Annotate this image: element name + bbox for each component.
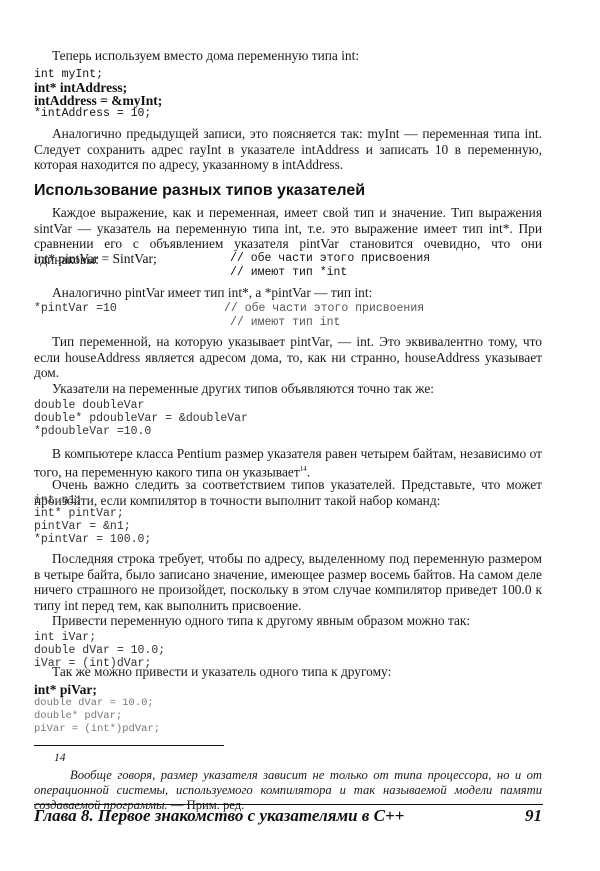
code-block-pointer-cast: int* piVar; double dVar = 10.0; double* …	[34, 682, 542, 736]
footnote-ref[interactable]: 14	[300, 465, 307, 473]
code-line: *pdoubleVar =10.0	[34, 425, 542, 438]
footnote-number: 14	[54, 752, 562, 764]
code-line: pintVar = &n1;	[34, 520, 542, 533]
paragraph: Аналогично pintVar имеет тип int*, а *pi…	[34, 285, 542, 301]
code-line: int* piVar;	[34, 682, 542, 697]
paragraph: Указатели на переменные других типов объ…	[34, 381, 542, 397]
footnote-separator	[34, 745, 224, 746]
paragraph-text: В компьютере класса Pentium размер указа…	[34, 446, 542, 479]
chapter-title: Глава 8. Первое знакомство с указателями…	[34, 806, 404, 826]
code-line: double* pdVar;	[34, 710, 542, 723]
code-block-double: double doubleVar double* pdoubleVar = &d…	[34, 399, 542, 438]
code-comment: // имеют тип *int	[230, 266, 347, 279]
footer-rule	[34, 804, 543, 805]
code-line: int n1;	[34, 494, 542, 507]
code-line: int iVar;	[34, 631, 542, 644]
paragraph: Привести переменную одного типа к другом…	[34, 613, 542, 629]
code-block-pintvar: int* pintVar = SintVar; // обе части это…	[34, 252, 542, 282]
code-line: int* pintVar = SintVar;	[34, 252, 157, 265]
code-line: double dVar = 10.0;	[34, 697, 542, 710]
code-line: int* pintVar;	[34, 507, 542, 520]
explain-paragraph: Аналогично предыдущей записи, это поясня…	[34, 126, 542, 173]
code-line: piVar = (int*)pdVar;	[34, 723, 542, 736]
code-comment: // обе части этого присвоения	[224, 302, 424, 315]
page-number: 91	[525, 806, 542, 826]
paragraph: Тип переменной, на которую указывает pin…	[34, 334, 542, 381]
paragraph-pentium: В компьютере класса Pentium размер указа…	[34, 446, 542, 479]
code-line: *intAddress = 10;	[34, 107, 542, 120]
code-line: double* pdoubleVar = &doubleVar	[34, 412, 542, 425]
code-comment: // имеют тип int	[230, 316, 340, 329]
code-line: *pintVar =10	[34, 302, 117, 315]
code-block-deref: *pintVar =10 // обе части этого присвоен…	[34, 302, 542, 332]
code-line: double dVar = 10.0;	[34, 644, 542, 657]
code-line: *pintVar = 100.0;	[34, 533, 542, 546]
code-block-myint: int myInt; int* intAddress; intAddress =…	[34, 68, 542, 120]
page-footer: Глава 8. Первое знакомство с указателями…	[34, 806, 542, 826]
code-block-n1: int n1; int* pintVar; pintVar = &n1; *pi…	[34, 494, 542, 546]
code-comment: // обе части этого присвоения	[230, 252, 430, 265]
paragraph: Последняя строка требует, чтобы по адрес…	[34, 551, 542, 613]
paragraph: Так же можно привести и указатель одного…	[34, 664, 542, 680]
code-line: intAddress = &myInt;	[34, 94, 542, 107]
intro-paragraph: Теперь используем вместо дома переменную…	[34, 48, 542, 64]
code-line: double doubleVar	[34, 399, 542, 412]
section-heading: Использование разных типов указателей	[34, 182, 542, 200]
